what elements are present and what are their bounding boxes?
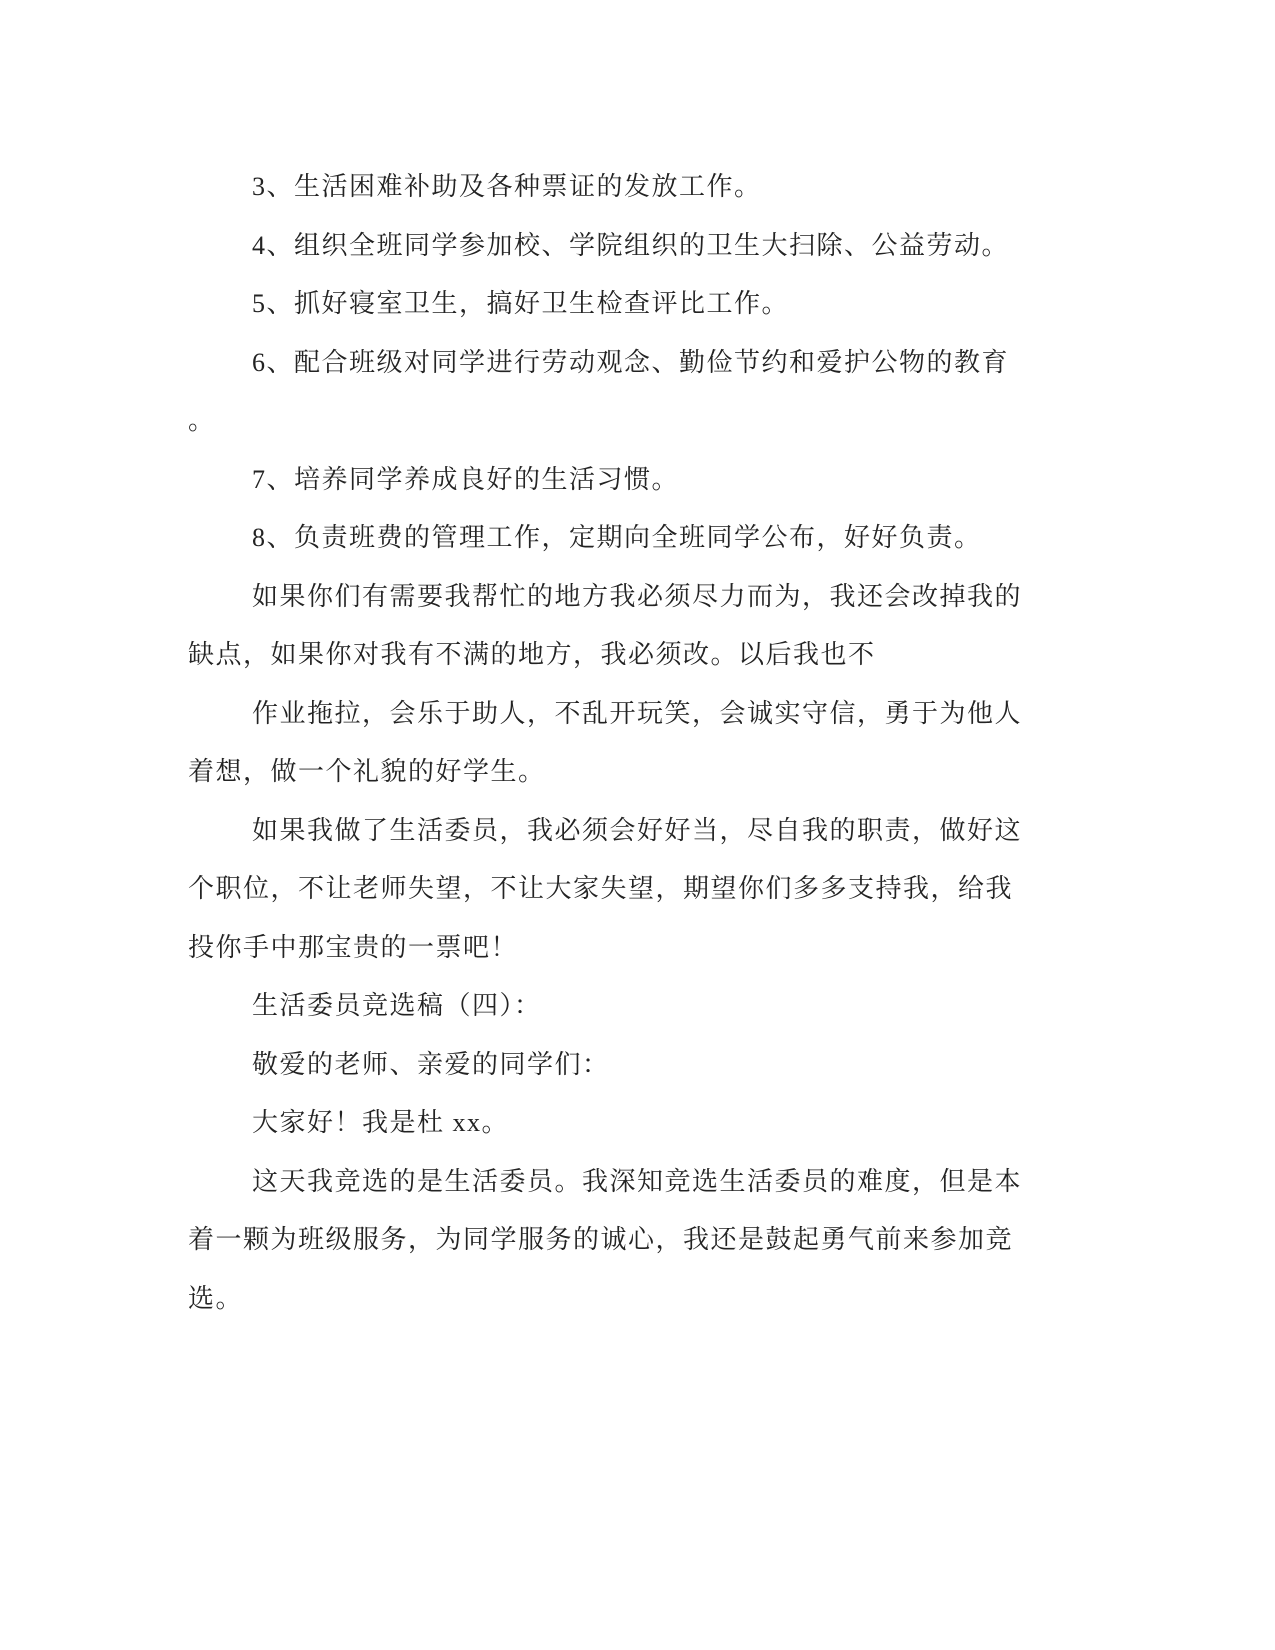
text-line: 着一颗为班级服务，为同学服务的诚心，我还是鼓起勇气前来参加竞 (188, 1211, 1093, 1270)
document-text-block: 3、生活困难补助及各种票证的发放工作。 4、组织全班同学参加校、学院组织的卫生大… (188, 158, 1093, 1328)
text-line: 投你手中那宝贵的一票吧！ (188, 919, 1093, 978)
text-line: 。 (188, 392, 1093, 451)
text-line: 缺点，如果你对我有不满的地方，我必须改。以后我也不 (188, 626, 1093, 685)
text-line: 敬爱的老师、亲爱的同学们： (188, 1036, 1093, 1095)
text-line: 选。 (188, 1270, 1093, 1329)
text-line: 4、组织全班同学参加校、学院组织的卫生大扫除、公益劳动。 (188, 217, 1093, 276)
text-line: 6、配合班级对同学进行劳动观念、勤俭节约和爱护公物的教育 (188, 334, 1093, 393)
text-line: 着想，做一个礼貌的好学生。 (188, 743, 1093, 802)
text-line: 这天我竞选的是生活委员。我深知竞选生活委员的难度，但是本 (188, 1153, 1093, 1212)
text-line: 8、负责班费的管理工作，定期向全班同学公布，好好负责。 (188, 509, 1093, 568)
text-line: 如果我做了生活委员，我必须会好好当，尽自我的职责，做好这 (188, 802, 1093, 861)
text-line: 如果你们有需要我帮忙的地方我必须尽力而为，我还会改掉我的 (188, 568, 1093, 627)
text-line: 5、抓好寝室卫生，搞好卫生检查评比工作。 (188, 275, 1093, 334)
text-line: 大家好！我是杜 xx。 (188, 1094, 1093, 1153)
text-line: 作业拖拉，会乐于助人，不乱开玩笑，会诚实守信，勇于为他人 (188, 685, 1093, 744)
text-line: 3、生活困难补助及各种票证的发放工作。 (188, 158, 1093, 217)
text-line: 7、培养同学养成良好的生活习惯。 (188, 451, 1093, 510)
text-line: 个职位，不让老师失望，不让大家失望，期望你们多多支持我，给我 (188, 860, 1093, 919)
text-line: 生活委员竞选稿（四）： (188, 977, 1093, 1036)
document-page: 3、生活困难补助及各种票证的发放工作。 4、组织全班同学参加校、学院组织的卫生大… (0, 0, 1275, 1650)
